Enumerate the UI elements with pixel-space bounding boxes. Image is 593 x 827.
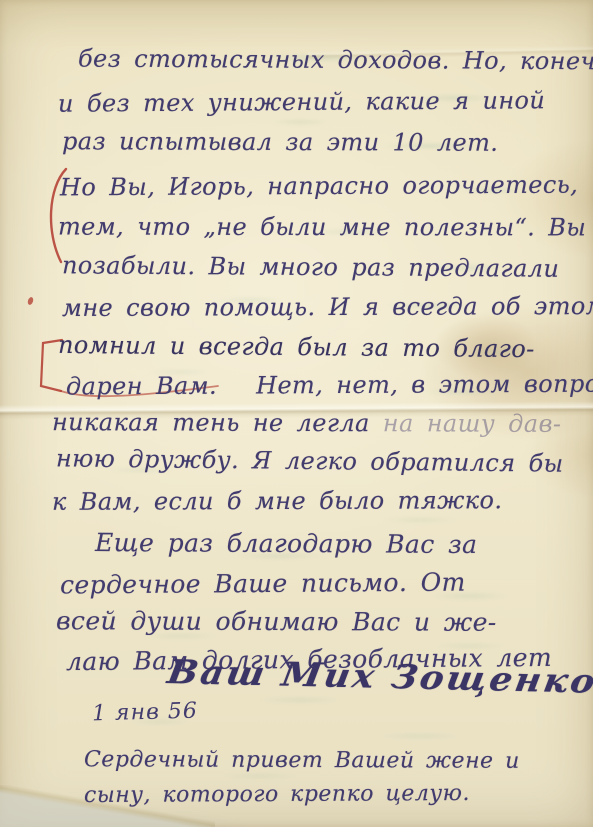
handwritten-line-12: к Вам, если б мне было тяжко. [52,486,502,516]
signature: Ваш Мих Зощенко [165,652,593,701]
line-text: тем, что „не были мне полезны“. Вы [58,213,586,242]
date-line: 1 янв 56 [92,699,198,727]
line-text: позабыли. Вы много раз предлагали [62,251,559,282]
line-text: раз испытывал за эти 10 лет. [62,127,498,157]
red-dot-mark [27,296,34,305]
handwritten-line-15: всей души обнимаю Вас и же- [56,606,497,637]
line-text: помнил и всегда был за то благо- [58,331,535,363]
handwritten-line-1: без стотысячных доходов. Но, конечно, [78,45,593,76]
handwritten-line-13: Еще раз благодарю Вас за [95,528,478,559]
line-text: сыну, которого крепко целую. [84,781,470,808]
handwritten-line-9: дарен Вам. Нет, нет, в этом вопросе [66,370,593,401]
postscript-line-2: сыну, которого крепко целую. [84,781,470,808]
handwritten-line-7: мне свою помощь. И я всегда об этом [62,292,593,322]
line-text: Но Вы, Игорь, напрасно огорчаетесь, [60,171,578,202]
line-text-faded-by-crease: на нашу дав- [370,409,562,438]
postscript-line-1: Сердечный привет Вашей жене и [84,747,520,774]
handwritten-line-10: никакая тень не легла на нашу дав- [52,408,561,438]
line-text: Еще раз благодарю Вас за [95,528,478,559]
line-text: без стотысячных доходов. Но, конечно, [78,45,593,76]
handwritten-line-8: помнил и всегда был за то благо- [58,331,535,363]
line-text: Сердечный привет Вашей жене и [84,747,520,774]
handwritten-line-5: тем, что „не были мне полезны“. Вы [58,213,586,242]
line-text: всей души обнимаю Вас и же- [56,606,497,637]
line-text: мне свою помощь. И я всегда об этом [62,292,593,322]
handwritten-line-4: Но Вы, Игорь, напрасно огорчаетесь, [60,171,578,202]
handwritten-line-2: и без тех унижений, какие я иной [58,86,545,117]
handwritten-line-14: сердечное Ваше письмо. От [60,568,466,600]
line-text: к Вам, если б мне было тяжко. [52,486,502,516]
handwritten-line-3: раз испытывал за эти 10 лет. [62,127,498,157]
letter-page: без стотысячных доходов. Но, конечно, и … [0,0,593,827]
line-text: нюю дружбу. Я легко обратился бы [56,444,564,477]
line-text: дарен Вам. Нет, нет, в этом вопросе [66,370,593,401]
line-text: и без тех унижений, какие я иной [58,86,545,117]
line-text: никакая тень не легла [52,408,370,437]
handwritten-line-11: нюю дружбу. Я легко обратился бы [56,444,564,477]
line-text: сердечное Ваше письмо. От [60,568,466,600]
handwritten-line-6: позабыли. Вы много раз предлагали [62,251,559,282]
